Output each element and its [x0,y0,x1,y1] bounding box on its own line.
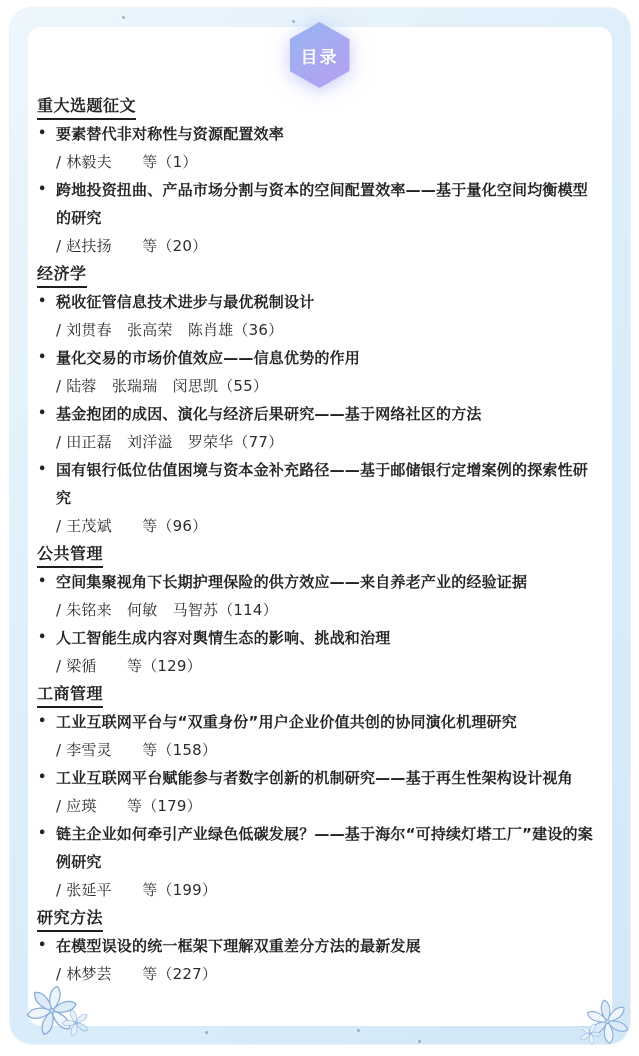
speck-dot [205,1031,208,1034]
section-title: 工商管理 [37,680,603,708]
article-authors-page: / 王茂斌 等（96） [37,512,603,540]
bullet-icon: • [38,708,47,736]
toc-section: 重大选题征文 •要素替代非对称性与资源配置效率 / 林毅夫 等（1） •跨地投资… [37,92,603,260]
speck-dot [122,16,125,19]
article-authors-page: / 林毅夫 等（1） [37,148,603,176]
bullet-icon: • [38,624,47,652]
toc-item: •链主企业如何牵引产业绿色低碳发展？——基于海尔“可持续灯塔工厂”建设的案例研究… [37,820,603,904]
flower-decoration-left [20,976,96,1044]
toc-section: 经济学 •税收征管信息技术进步与最优税制设计 / 刘贯春 张高荣 陈肖雄（36）… [37,260,603,540]
bullet-icon: • [38,120,47,148]
toc-item: •税收征管信息技术进步与最优税制设计 / 刘贯春 张高荣 陈肖雄（36） [37,288,603,344]
article-title: •跨地投资扭曲、产品市场分割与资本的空间配置效率——基于量化空间均衡模型的研究 [37,176,603,232]
bullet-icon: • [38,568,47,596]
bullet-icon: • [38,400,47,428]
article-authors-page: / 朱铭来 何敏 马智苏（114） [37,596,603,624]
article-authors-page: / 赵扶扬 等（20） [37,232,603,260]
section-title: 公共管理 [37,540,603,568]
toc-item: •工业互联网平台与“双重身份”用户企业价值共创的协同演化机理研究 / 李雪灵 等… [37,708,603,764]
toc-section: 公共管理 •空间集聚视角下长期护理保险的供方效应——来自养老产业的经验证据 / … [37,540,603,680]
toc-item: •在模型误设的统一框架下理解双重差分方法的最新发展 / 林梦芸 等（227） [37,932,603,988]
article-title: •链主企业如何牵引产业绿色低碳发展？——基于海尔“可持续灯塔工厂”建设的案例研究 [37,820,603,876]
section-title: 研究方法 [37,904,603,932]
toc-item: •人工智能生成内容对舆情生态的影响、挑战和治理 / 梁循 等（129） [37,624,603,680]
article-title: •量化交易的市场价值效应——信息优势的作用 [37,344,603,372]
article-title: •基金抱团的成因、演化与经济后果研究——基于网络社区的方法 [37,400,603,428]
speck-dot [418,1040,421,1043]
toc-item: •国有银行低位估值困境与资本金补充路径——基于邮储银行定增案例的探索性研究 / … [37,456,603,540]
article-authors-page: / 李雪灵 等（158） [37,736,603,764]
article-authors-page: / 陆蓉 张瑞瑞 闵思凯（55） [37,372,603,400]
toc-item: •工业互联网平台赋能参与者数字创新的机制研究——基于再生性架构设计视角 / 应瑛… [37,764,603,820]
article-authors-page: / 梁循 等（129） [37,652,603,680]
toc-section: 研究方法 •在模型误设的统一框架下理解双重差分方法的最新发展 / 林梦芸 等（2… [37,904,603,988]
toc-badge-label: 目录 [301,43,339,68]
bullet-icon: • [38,932,47,960]
article-authors-page: / 刘贯春 张高荣 陈肖雄（36） [37,316,603,344]
article-authors-page: / 林梦芸 等（227） [37,960,603,988]
bullet-icon: • [38,764,47,792]
toc-list: 重大选题征文 •要素替代非对称性与资源配置效率 / 林毅夫 等（1） •跨地投资… [37,92,603,988]
section-title: 经济学 [37,260,603,288]
toc-badge: 目录 [290,22,350,88]
article-authors-page: / 田正磊 刘洋溢 罗荣华（77） [37,428,603,456]
article-title: •在模型误设的统一框架下理解双重差分方法的最新发展 [37,932,603,960]
toc-item: •基金抱团的成因、演化与经济后果研究——基于网络社区的方法 / 田正磊 刘洋溢 … [37,400,603,456]
article-title: •国有银行低位估值困境与资本金补充路径——基于邮储银行定增案例的探索性研究 [37,456,603,512]
bullet-icon: • [38,344,47,372]
article-title: •工业互联网平台赋能参与者数字创新的机制研究——基于再生性架构设计视角 [37,764,603,792]
article-title: •空间集聚视角下长期护理保险的供方效应——来自养老产业的经验证据 [37,568,603,596]
article-title: •要素替代非对称性与资源配置效率 [37,120,603,148]
toc-page: 目录 重大选题征文 •要素替代非对称性与资源配置效率 / 林毅夫 等（1） •跨… [0,0,639,1056]
toc-item: •跨地投资扭曲、产品市场分割与资本的空间配置效率——基于量化空间均衡模型的研究 … [37,176,603,260]
bullet-icon: • [38,456,47,484]
article-authors-page: / 张延平 等（199） [37,876,603,904]
speck-dot [357,1029,360,1032]
article-title: •人工智能生成内容对舆情生态的影响、挑战和治理 [37,624,603,652]
bullet-icon: • [38,176,47,204]
toc-item: •要素替代非对称性与资源配置效率 / 林毅夫 等（1） [37,120,603,176]
toc-item: •量化交易的市场价值效应——信息优势的作用 / 陆蓉 张瑞瑞 闵思凯（55） [37,344,603,400]
flower-decoration-right [573,990,639,1052]
section-title: 重大选题征文 [37,92,603,120]
article-title: •税收征管信息技术进步与最优税制设计 [37,288,603,316]
bullet-icon: • [38,820,47,848]
article-title: •工业互联网平台与“双重身份”用户企业价值共创的协同演化机理研究 [37,708,603,736]
toc-section: 工商管理 •工业互联网平台与“双重身份”用户企业价值共创的协同演化机理研究 / … [37,680,603,904]
article-authors-page: / 应瑛 等（179） [37,792,603,820]
bullet-icon: • [38,288,47,316]
toc-item: •空间集聚视角下长期护理保险的供方效应——来自养老产业的经验证据 / 朱铭来 何… [37,568,603,624]
